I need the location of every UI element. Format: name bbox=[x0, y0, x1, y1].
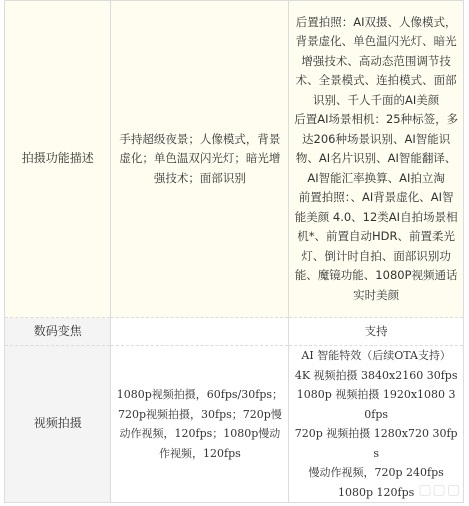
front-camera-description: 前置拍照：、AI背景虚化、AI智能美颜 4.0、12类AI自拍场景相机*、前置自… bbox=[293, 188, 459, 305]
table-row-digital-zoom: 数码变焦 支持 bbox=[5, 318, 464, 346]
cell-photo-features-model-b: 后置拍照：AI双摄、人像模式，背景虚化、单色温闪光灯、暗光增强技术、高动态范围调… bbox=[289, 1, 464, 318]
cell-photo-features-model-a: 手持超级夜景；人像模式，背景虚化；单色温双闪光灯；暗光增强技术；面部识别 bbox=[111, 1, 289, 318]
row-label-photo-features: 拍摄功能描述 bbox=[5, 1, 111, 318]
video-ai-effects: AI 智能特效（后续OTA支持） bbox=[293, 346, 459, 366]
row-label-video-recording: 视频拍摄 bbox=[5, 346, 111, 503]
rear-ai-scene-description: 后置AI场景相机：25种标签，多达206种场景识别、AI智能识物、AI名片识别、… bbox=[293, 110, 459, 188]
cell-video-model-b: AI 智能特效（后续OTA支持） 4K 视频拍摄 3840x2160 30fps… bbox=[289, 346, 464, 503]
cell-video-model-a: 1080p视频拍摄，60fps/30fps；720p视频拍摄，30fps；720… bbox=[111, 346, 289, 503]
video-slowmo-720p-spec: 慢动作视频，720p 240fps bbox=[293, 463, 459, 483]
table-row-photo-features: 拍摄功能描述 手持超级夜景；人像模式，背景虚化；单色温双闪光灯；暗光增强技术；面… bbox=[5, 1, 464, 318]
rear-camera-description: 后置拍照：AI双摄、人像模式，背景虚化、单色温闪光灯、暗光增强技术、高动态范围调… bbox=[293, 13, 459, 111]
video-1080p-spec: 1080p 视频拍摄 1920x1080 30fps bbox=[293, 385, 459, 424]
table-row-video-recording: 视频拍摄 1080p视频拍摄，60fps/30fps；720p视频拍摄，30fp… bbox=[5, 346, 464, 503]
video-4k-spec: 4K 视频拍摄 3840x2160 30fps bbox=[293, 366, 459, 386]
row-label-digital-zoom: 数码变焦 bbox=[5, 318, 111, 346]
video-720p-spec: 720p 视频拍摄 1280x720 30fps bbox=[293, 424, 459, 463]
cell-digital-zoom-model-b: 支持 bbox=[289, 318, 464, 346]
video-slowmo-1080p-spec: 1080p 120fps bbox=[293, 483, 459, 503]
camera-spec-table: 拍摄功能描述 手持超级夜景；人像模式，背景虚化；单色温双闪光灯；暗光增强技术；面… bbox=[4, 0, 464, 503]
cell-digital-zoom-model-a bbox=[111, 318, 289, 346]
